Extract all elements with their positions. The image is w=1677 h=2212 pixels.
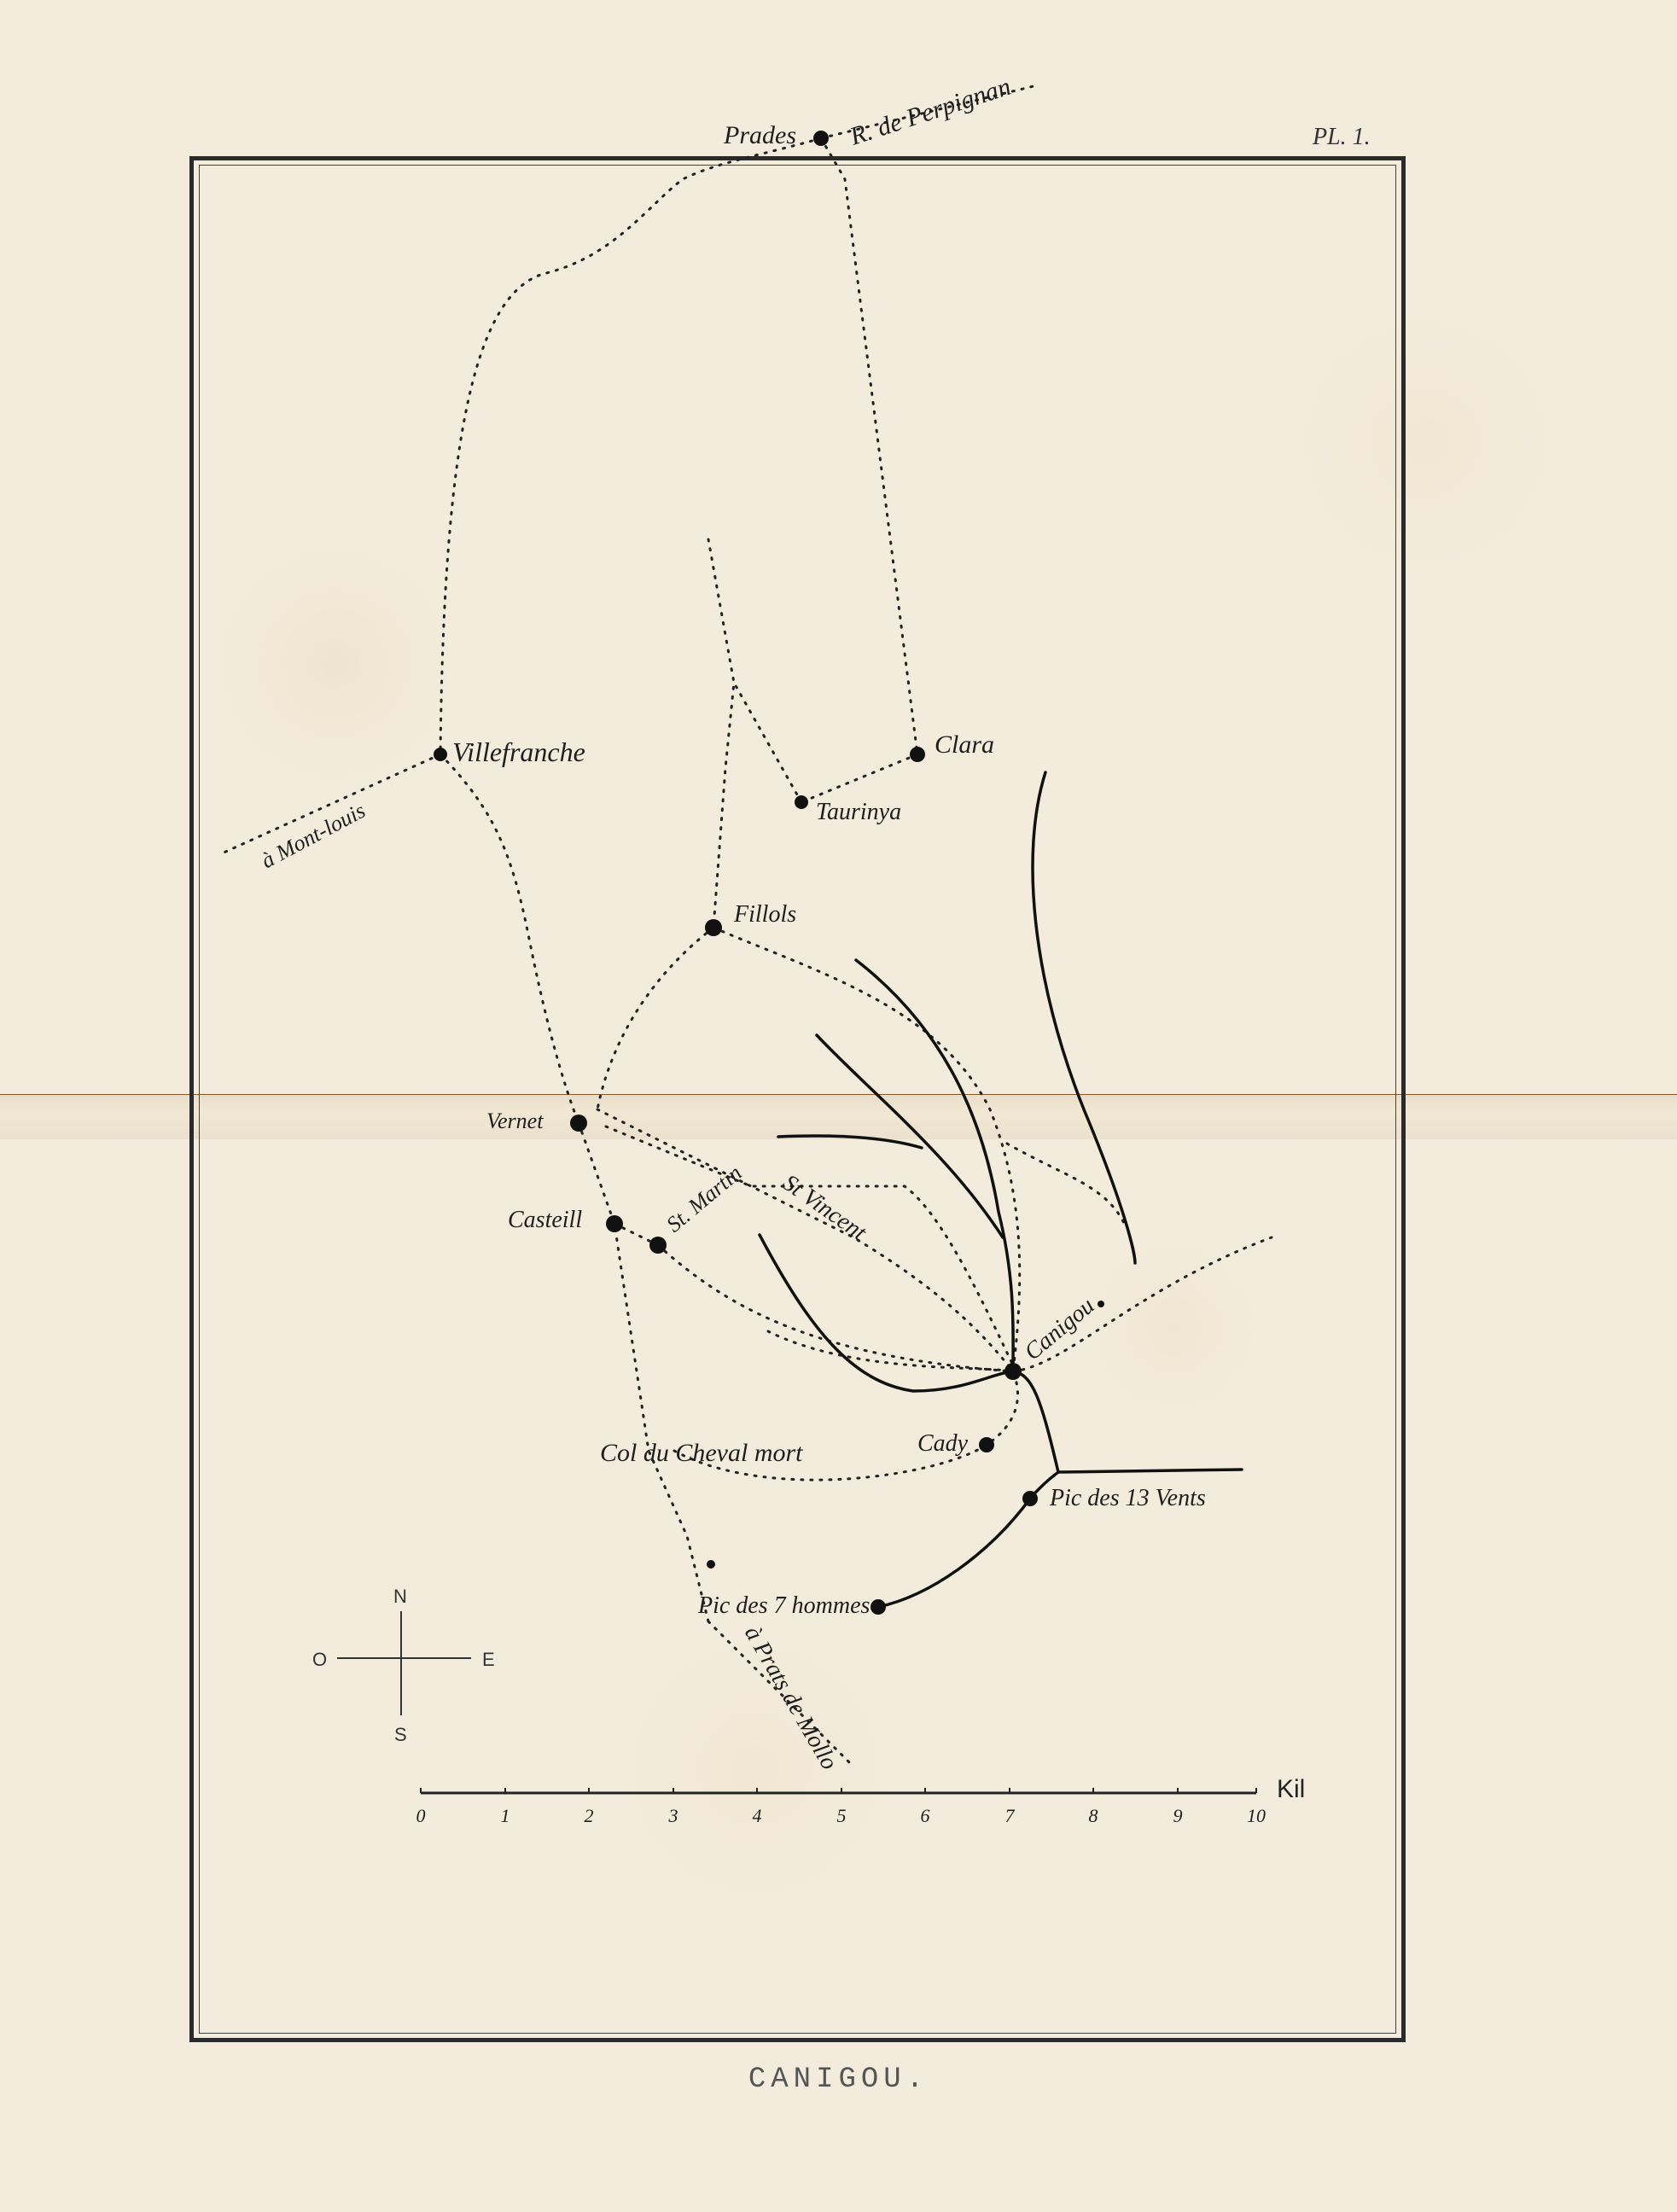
scale-tick-2: 2 <box>585 1805 594 1826</box>
label-st-martin: St. Martin <box>661 1161 746 1237</box>
scale-tick-6: 6 <box>921 1805 930 1826</box>
label-pic-des-13-vents: Pic des 13 Vents <box>1049 1485 1206 1511</box>
marker-prades[interactable] <box>813 131 829 146</box>
path-fillols-vernet <box>597 928 713 1109</box>
label-vernet: Vernet <box>486 1109 544 1133</box>
scale-tick-4: 4 <box>753 1805 762 1826</box>
marker-canigou-peak <box>1098 1301 1104 1307</box>
path-clara-taurinya <box>801 754 917 802</box>
path-taurinya-north <box>734 683 801 802</box>
marker-villefranche[interactable] <box>434 748 447 761</box>
marker-fillols[interactable] <box>705 919 722 936</box>
marker-clara[interactable] <box>910 747 925 762</box>
map-canvas: Prades Villefranche Clara Taurinya Fillo… <box>0 0 1677 2212</box>
ridge-lines <box>760 772 1242 1607</box>
marker-st-martin[interactable] <box>649 1237 667 1254</box>
label-clara: Clara <box>935 731 994 759</box>
scale-unit: Kil <box>1277 1775 1305 1803</box>
scale-tick-1: 1 <box>501 1805 510 1826</box>
scale-tick-10: 10 <box>1247 1805 1266 1826</box>
compass-east: E <box>482 1649 495 1670</box>
marker-pic-13-vents[interactable] <box>1022 1491 1038 1506</box>
label-fillols: Fillols <box>733 901 796 928</box>
path-prades-fillols <box>708 539 734 928</box>
ridge-central <box>856 960 1013 1371</box>
label-route-montlouis: à Mont-louis <box>257 798 370 873</box>
compass-west: O <box>312 1649 327 1670</box>
label-route-prats-de-mollo: à Prats de Mollo <box>739 1621 842 1774</box>
compass-north: N <box>393 1586 407 1607</box>
scale-tick-8: 8 <box>1089 1805 1098 1826</box>
label-pic-des-7-hommes: Pic des 7 hommes <box>697 1592 871 1619</box>
marker-canigou[interactable] <box>1004 1363 1022 1380</box>
marker-pic-7-hommes[interactable] <box>871 1599 886 1615</box>
marker-cady[interactable] <box>979 1437 994 1452</box>
path-villefranche-vernet <box>440 754 579 1123</box>
label-villefranche: Villefranche <box>452 736 585 767</box>
scale-tick-0: 0 <box>416 1805 426 1826</box>
ridge-east <box>1033 772 1135 1263</box>
ridge-north-spur <box>778 1136 922 1148</box>
marker-vernet[interactable] <box>570 1115 587 1132</box>
road-prades-villefranche <box>440 138 821 754</box>
label-taurinya: Taurinya <box>816 799 901 825</box>
scale-tick-5: 5 <box>837 1805 847 1826</box>
scale-tick-9: 9 <box>1173 1805 1183 1826</box>
path-upper-east <box>1007 1144 1127 1229</box>
label-col-du-cheval-mort: Col du Cheval mort <box>600 1439 803 1467</box>
label-cady: Cady <box>917 1430 969 1457</box>
scale-tick-3: 3 <box>668 1805 678 1826</box>
path-fillols-canigou <box>713 928 1020 1371</box>
compass-south: S <box>394 1724 407 1745</box>
scale-bar: 0 1 2 3 4 5 6 7 8 9 10 Kil <box>416 1775 1306 1826</box>
marker-small-point <box>707 1560 715 1569</box>
label-canigou: Canigou <box>1020 1293 1100 1366</box>
marker-taurinya[interactable] <box>795 795 808 809</box>
map-title: CANIGOU. <box>0 2064 1677 2096</box>
label-route-perpignan: R. de Perpignan <box>846 73 1014 151</box>
path-west-canigou <box>768 1331 1013 1371</box>
scale-tick-7: 7 <box>1005 1805 1016 1826</box>
marker-casteill[interactable] <box>606 1215 623 1232</box>
label-casteill: Casteill <box>508 1207 582 1233</box>
path-stmartin-canigou <box>658 1245 1013 1371</box>
path-vernet-east <box>606 1126 1013 1365</box>
path-prades-clara <box>821 138 917 754</box>
ridge-south-east <box>1013 1371 1242 1472</box>
compass-rose: N S E O <box>312 1586 495 1745</box>
place-labels: Prades Villefranche Clara Taurinya Fillo… <box>257 73 1206 1774</box>
place-markers <box>434 131 1104 1615</box>
label-prades: Prades <box>723 121 796 149</box>
label-st-vincent: St Vincent <box>777 1169 872 1246</box>
